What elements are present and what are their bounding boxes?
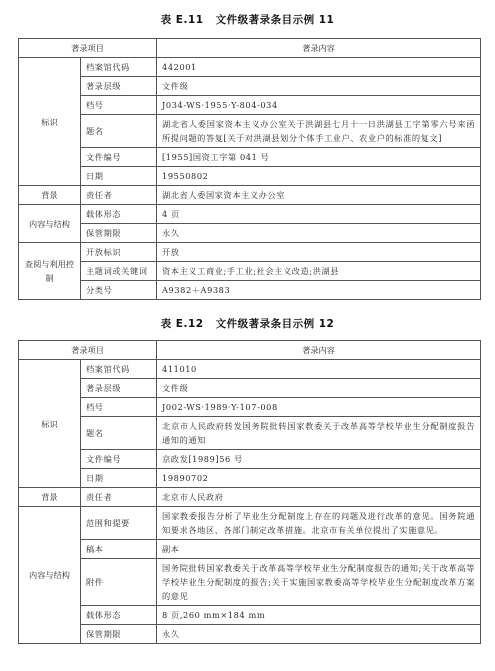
row-label: 档号 bbox=[81, 96, 157, 115]
table-row: 分类号 A9382＋A9383 bbox=[19, 281, 481, 300]
row-label: 档号 bbox=[81, 398, 157, 417]
table-row: 标识 档案馆代码 411010 bbox=[19, 360, 481, 379]
row-label: 责任者 bbox=[81, 186, 157, 205]
row-label: 档案馆代码 bbox=[81, 360, 157, 379]
row-label: 保管期限 bbox=[81, 625, 157, 644]
group-background: 背景 bbox=[19, 186, 81, 205]
table-row: 题名 北京市人民政府转发国务院批转国家教委关于改革高等学校毕业生分配制度报告通知… bbox=[19, 417, 481, 450]
header-item: 著录项目 bbox=[19, 341, 157, 360]
table-row: 著录层级 文件级 bbox=[19, 379, 481, 398]
row-value: 开放 bbox=[157, 243, 481, 262]
table-11-caption: 表 E.11文件级著录条目示例 11 bbox=[0, 12, 495, 27]
row-value: 京政发[1989]56 号 bbox=[157, 450, 481, 469]
table-header-row: 著录项目 著录内容 bbox=[19, 341, 481, 360]
table-row: 查阅与利用控制 开放标识 开放 bbox=[19, 243, 481, 262]
row-value: 北京市人民政府转发国务院批转国家教委关于改革高等学校毕业生分配制度报告通知的通知 bbox=[157, 417, 481, 450]
table-row: 保管期限 永久 bbox=[19, 224, 481, 243]
table-row: 标识 档案馆代码 442001 bbox=[19, 58, 481, 77]
group-access: 查阅与利用控制 bbox=[19, 243, 81, 300]
row-label: 文件编号 bbox=[81, 450, 157, 469]
group-content: 内容与结构 bbox=[19, 205, 81, 243]
row-label: 稿本 bbox=[81, 540, 157, 559]
header-content: 著录内容 bbox=[157, 341, 481, 360]
row-value: 湖北省人委国家资本主义办公室 bbox=[157, 186, 481, 205]
group-identity: 标识 bbox=[19, 58, 81, 186]
table-row: 载体形态 8 页,260 mm×184 mm bbox=[19, 606, 481, 625]
row-label: 范围和提要 bbox=[81, 507, 157, 540]
group-identity: 标识 bbox=[19, 360, 81, 488]
row-value: 442001 bbox=[157, 58, 481, 77]
group-background: 背景 bbox=[19, 488, 81, 507]
row-value: 永久 bbox=[157, 625, 481, 644]
row-value: J002-WS·1989·Y-107-008 bbox=[157, 398, 481, 417]
row-label: 分类号 bbox=[81, 281, 157, 300]
table-row: 著录层级 文件级 bbox=[19, 77, 481, 96]
row-value: 国家教委报告分析了毕业生分配制度上存在的问题及进行改革的意见。国务院通知要求各地… bbox=[157, 507, 481, 540]
table-row: 文件编号 京政发[1989]56 号 bbox=[19, 450, 481, 469]
table-row: 日期 19550802 bbox=[19, 167, 481, 186]
row-label: 日期 bbox=[81, 469, 157, 488]
row-label: 载体形态 bbox=[81, 205, 157, 224]
row-value: A9382＋A9383 bbox=[157, 281, 481, 300]
header-item: 著录项目 bbox=[19, 39, 157, 58]
row-label: 日期 bbox=[81, 167, 157, 186]
table-row: 文件编号 [1955]国资工字第 041 号 bbox=[19, 148, 481, 167]
table-row: 内容与结构 范围和提要 国家教委报告分析了毕业生分配制度上存在的问题及进行改革的… bbox=[19, 507, 481, 540]
row-value: 永久 bbox=[157, 224, 481, 243]
row-value: 19550802 bbox=[157, 167, 481, 186]
table-12-caption: 表 E.12文件级著录条目示例 12 bbox=[0, 316, 495, 331]
row-label: 著录层级 bbox=[81, 77, 157, 96]
table-row: 背景 责任者 北京市人民政府 bbox=[19, 488, 481, 507]
table-row: 档号 J034-WS·1955·Y-804-034 bbox=[19, 96, 481, 115]
table-12-title: 文件级著录条目示例 12 bbox=[216, 318, 335, 330]
header-content: 著录内容 bbox=[157, 39, 481, 58]
row-label: 载体形态 bbox=[81, 606, 157, 625]
row-label: 题名 bbox=[81, 417, 157, 450]
table-row: 题名 湖北省人委国家资本主义办公室关于洪湖县七月十一日洪湖县工字第零六号来函所提… bbox=[19, 115, 481, 148]
row-label: 附件 bbox=[81, 559, 157, 606]
table-11-number: 表 E.11 bbox=[161, 14, 204, 26]
table-row: 日期 19890702 bbox=[19, 469, 481, 488]
row-value: [1955]国资工字第 041 号 bbox=[157, 148, 481, 167]
table-12-number: 表 E.12 bbox=[161, 318, 204, 330]
row-value: 国务院批转国家教委关于改革高等学校毕业生分配制度报告的通知;关于改革高等学校毕业… bbox=[157, 559, 481, 606]
table-row: 保管期限 永久 bbox=[19, 625, 481, 644]
row-value: 副本 bbox=[157, 540, 481, 559]
table-row: 档号 J002-WS·1989·Y-107-008 bbox=[19, 398, 481, 417]
row-value: 北京市人民政府 bbox=[157, 488, 481, 507]
table-row: 稿本 副本 bbox=[19, 540, 481, 559]
table-row: 主题词或关键词 资本主义工商业;手工业;社会主义改造;洪湖县 bbox=[19, 262, 481, 281]
row-label: 题名 bbox=[81, 115, 157, 148]
row-label: 主题词或关键词 bbox=[81, 262, 157, 281]
table-11: 著录项目 著录内容 标识 档案馆代码 442001 著录层级 文件级 档号 J0… bbox=[18, 38, 481, 300]
row-label: 档案馆代码 bbox=[81, 58, 157, 77]
table-12: 著录项目 著录内容 标识 档案馆代码 411010 著录层级 文件级 档号 J0… bbox=[18, 340, 481, 644]
table-row: 背景 责任者 湖北省人委国家资本主义办公室 bbox=[19, 186, 481, 205]
row-label: 责任者 bbox=[81, 488, 157, 507]
row-value: 4 页 bbox=[157, 205, 481, 224]
row-value: J034-WS·1955·Y-804-034 bbox=[157, 96, 481, 115]
table-11-title: 文件级著录条目示例 11 bbox=[216, 14, 335, 26]
row-value: 411010 bbox=[157, 360, 481, 379]
row-label: 著录层级 bbox=[81, 379, 157, 398]
row-label: 保管期限 bbox=[81, 224, 157, 243]
table-row: 内容与结构 载体形态 4 页 bbox=[19, 205, 481, 224]
table-header-row: 著录项目 著录内容 bbox=[19, 39, 481, 58]
row-label: 开放标识 bbox=[81, 243, 157, 262]
table-row: 附件 国务院批转国家教委关于改革高等学校毕业生分配制度报告的通知;关于改革高等学… bbox=[19, 559, 481, 606]
row-value: 文件级 bbox=[157, 77, 481, 96]
group-content: 内容与结构 bbox=[19, 507, 81, 644]
row-value: 8 页,260 mm×184 mm bbox=[157, 606, 481, 625]
row-value: 湖北省人委国家资本主义办公室关于洪湖县七月十一日洪湖县工字第零六号来函所提问题的… bbox=[157, 115, 481, 148]
row-value: 资本主义工商业;手工业;社会主义改造;洪湖县 bbox=[157, 262, 481, 281]
row-value: 文件级 bbox=[157, 379, 481, 398]
row-value: 19890702 bbox=[157, 469, 481, 488]
row-label: 文件编号 bbox=[81, 148, 157, 167]
